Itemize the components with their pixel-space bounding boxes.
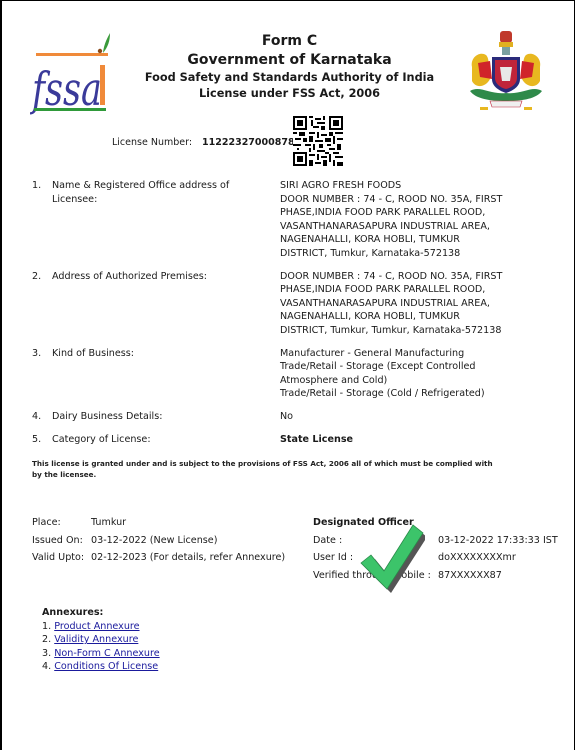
annexure-number: 3. — [42, 648, 51, 659]
value-line: PHASE,INDIA FOOD PARK PARALLEL ROOD, — [280, 206, 510, 220]
valid-label: Valid Upto: — [32, 549, 91, 567]
valid-row: Valid Upto: 02-12-2023 (For details, ref… — [32, 549, 285, 567]
license-document: fssa Form C Government of Karnataka Food… — [0, 0, 575, 750]
item-label: Name & Registered Office address of Lice… — [52, 179, 280, 261]
item-number: 3. — [32, 347, 52, 401]
non-form-c-annexure-link[interactable]: Non-Form C Annexure — [54, 648, 159, 659]
value-line: No — [280, 410, 510, 424]
value-line: Trade/Retail - Storage (Cold / Refrigera… — [280, 387, 510, 401]
item-label: Kind of Business: — [52, 347, 280, 401]
detail-item-dairy: 4. Dairy Business Details: No — [32, 410, 552, 424]
value-line: VASANTHANARASAPURA INDUSTRIAL AREA, — [280, 220, 510, 234]
government-title: Government of Karnataka — [132, 51, 447, 70]
check-mark-icon — [359, 523, 425, 593]
valid-value: 02-12-2023 (For details, refer Annexure) — [91, 549, 285, 567]
issued-label: Issued On: — [32, 532, 91, 550]
issue-details: Place: Tumkur Issued On: 03-12-2022 (New… — [32, 514, 285, 567]
detail-item-licensee: 1. Name & Registered Office address of L… — [32, 179, 552, 261]
annexure-number: 4. — [42, 661, 51, 672]
designated-officer-block: Designated Officer Date : 03-12-2022 17:… — [313, 514, 573, 584]
item-label: Dairy Business Details: — [52, 410, 280, 424]
item-label: Category of License: — [52, 433, 280, 447]
officer-date-row: Date : 03-12-2022 17:33:33 IST — [313, 532, 573, 550]
value-line: VASANTHANARASAPURA INDUSTRIAL AREA, — [280, 297, 510, 311]
form-title: Form C — [132, 32, 447, 51]
value-line: Atmosphere and Cold) — [280, 374, 510, 388]
document-header: Form C Government of Karnataka Food Safe… — [132, 32, 447, 102]
item-number: 4. — [32, 410, 52, 424]
officer-user-row: User Id : doXXXXXXXXmr — [313, 549, 573, 567]
value-line: DISTRICT, Tumkur, Karnataka-572138 — [280, 247, 510, 261]
value-line: SIRI AGRO FRESH FOODS — [280, 179, 510, 193]
license-details-list: 1. Name & Registered Office address of L… — [32, 179, 552, 455]
detail-item-business-kind: 3. Kind of Business: Manufacturer - Gene… — [32, 347, 552, 401]
license-number-label: License Number: — [112, 137, 192, 148]
item-number: 5. — [32, 433, 52, 447]
item-value: Manufacturer - General Manufacturing Tra… — [280, 347, 510, 401]
annexure-number: 2. — [42, 634, 51, 645]
validity-annexure-link[interactable]: Validity Annexure — [54, 634, 138, 645]
value-line: DOOR NUMBER : 74 - C, ROOD NO. 35A, FIRS… — [280, 193, 510, 207]
annexures-block: Annexures: 1. Product Annexure 2. Validi… — [42, 606, 160, 674]
item-number: 2. — [32, 270, 52, 338]
product-annexure-link[interactable]: Product Annexure — [54, 621, 139, 632]
officer-date-value: 03-12-2022 17:33:33 IST — [438, 532, 558, 550]
officer-mobile-row: Verified through Mobile : 87XXXXXX87 — [313, 567, 573, 585]
qr-code-icon[interactable] — [293, 116, 343, 166]
officer-title: Designated Officer — [313, 514, 573, 532]
place-row: Place: Tumkur — [32, 514, 285, 532]
svg-text:fssa: fssa — [30, 62, 102, 115]
item-value: No — [280, 410, 510, 424]
item-value: SIRI AGRO FRESH FOODS DOOR NUMBER : 74 -… — [280, 179, 510, 261]
issued-row: Issued On: 03-12-2022 (New License) — [32, 532, 285, 550]
annexure-number: 1. — [42, 621, 51, 632]
license-number-row: License Number: 11222327000878 — [112, 137, 295, 148]
officer-mobile-value: 87XXXXXX87 — [438, 567, 502, 585]
authority-title: Food Safety and Standards Authority of I… — [132, 70, 447, 86]
annexure-item: 1. Product Annexure — [42, 620, 160, 634]
license-number-value: 11222327000878 — [202, 137, 295, 148]
annexure-item: 4. Conditions Of License — [42, 660, 160, 674]
annexure-item: 3. Non-Form C Annexure — [42, 647, 160, 661]
detail-item-category: 5. Category of License: State License — [32, 433, 552, 447]
annexure-item: 2. Validity Annexure — [42, 633, 160, 647]
license-category-value: State License — [280, 433, 510, 447]
act-title: License under FSS Act, 2006 — [132, 86, 447, 102]
value-line: DOOR NUMBER : 74 - C, ROOD NO. 35A, FIRS… — [280, 270, 510, 284]
license-notice: This license is granted under and is sub… — [32, 458, 502, 480]
value-line: Trade/Retail - Storage (Except Controlle… — [280, 360, 510, 374]
annexures-title: Annexures: — [42, 606, 160, 620]
fssai-logo-icon: fssa — [30, 31, 114, 115]
officer-user-value: doXXXXXXXXmr — [438, 549, 516, 567]
value-line: Manufacturer - General Manufacturing — [280, 347, 510, 361]
item-label: Address of Authorized Premises: — [52, 270, 280, 338]
issued-value: 03-12-2022 (New License) — [91, 532, 217, 550]
value-line: PHASE,INDIA FOOD PARK PARALLEL ROOD, — [280, 283, 510, 297]
value-line: DISTRICT, Tumkur, Tumkur, Karnataka-5721… — [280, 324, 510, 338]
value-line: NAGENAHALLI, KORA HOBLI, TUMKUR — [280, 310, 510, 324]
detail-item-premises: 2. Address of Authorized Premises: DOOR … — [32, 270, 552, 338]
conditions-of-license-link[interactable]: Conditions Of License — [54, 661, 158, 672]
karnataka-emblem-icon — [466, 29, 546, 113]
item-number: 1. — [32, 179, 52, 261]
place-label: Place: — [32, 514, 91, 532]
item-value: DOOR NUMBER : 74 - C, ROOD NO. 35A, FIRS… — [280, 270, 510, 338]
place-value: Tumkur — [91, 514, 126, 532]
item-value: State License — [280, 433, 510, 447]
value-line: NAGENAHALLI, KORA HOBLI, TUMKUR — [280, 233, 510, 247]
